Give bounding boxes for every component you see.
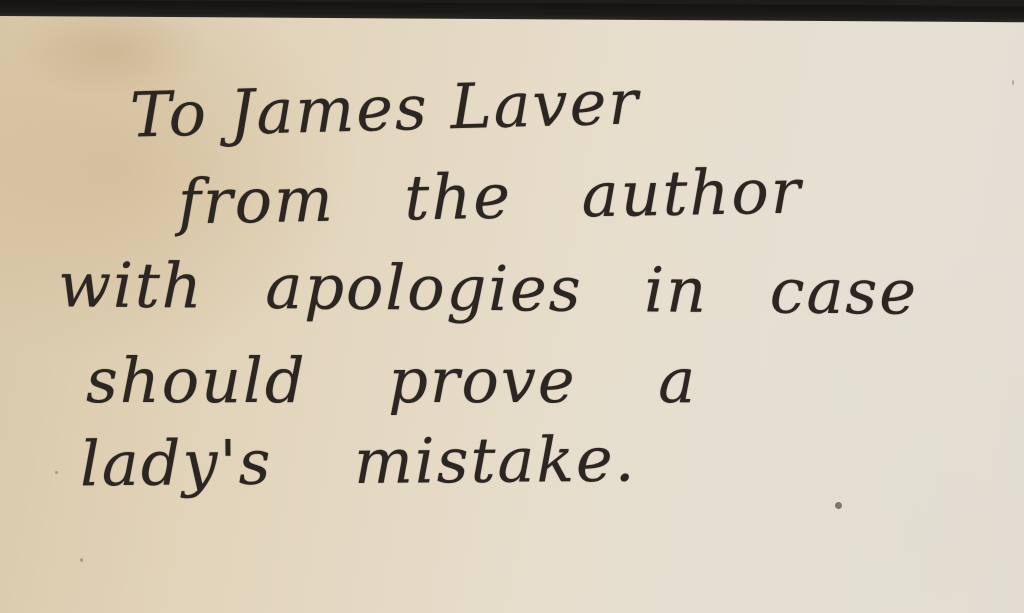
inscription-line-dedication: To James Laver — [129, 65, 641, 151]
inscription-line-should-prove: should prove a — [86, 344, 697, 417]
inscription-line-from: from the author — [177, 155, 803, 239]
inscription-line-apologies: with apologies in case — [58, 248, 919, 329]
ink-speck — [80, 558, 83, 562]
ink-speck — [835, 502, 842, 509]
ink-speck — [55, 471, 58, 474]
ink-speck — [1012, 80, 1014, 85]
handwritten-inscription-photo: To James Laver from the author with apol… — [0, 0, 1024, 613]
inscription-line-mistake: lady's mistake. — [80, 423, 637, 501]
